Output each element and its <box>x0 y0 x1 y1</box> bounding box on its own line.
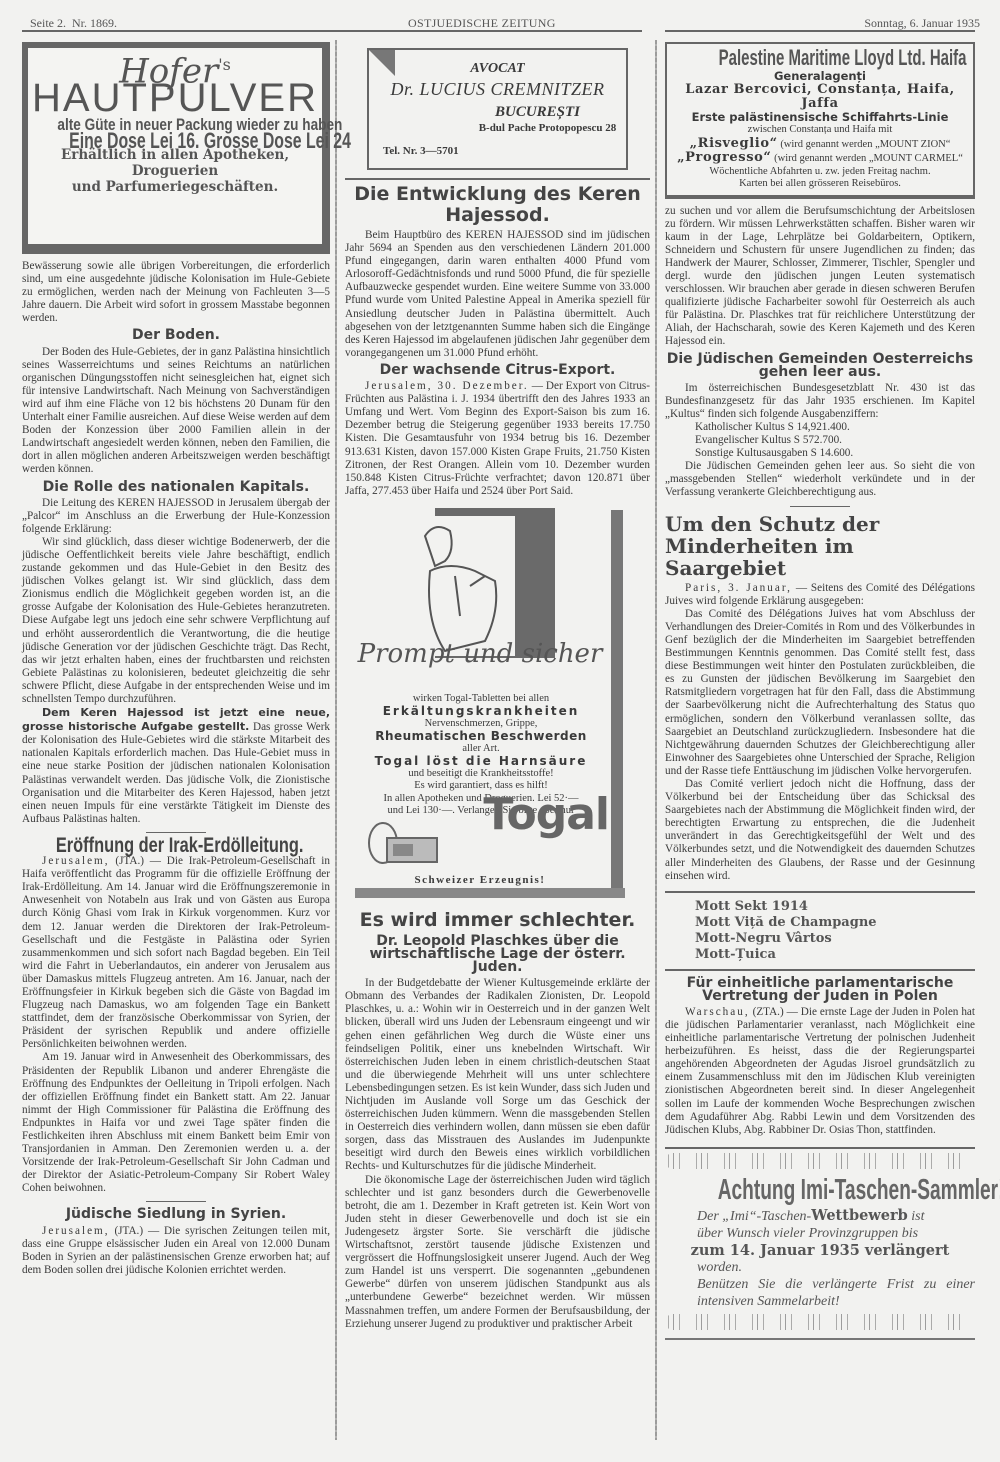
ad-line: worden. <box>665 1259 975 1276</box>
column-3: Palestine Maritime Lloyd Ltd. Haifa Gene… <box>665 42 975 1340</box>
ad-line: Der „Imi“-Taschen-Wettbewerb ist <box>665 1207 975 1225</box>
article-text: Der Boden des Hule-Gebietes, der in ganz… <box>22 346 330 477</box>
ad-availability: und Parfumeriegeschäften. <box>28 179 322 195</box>
divider <box>790 506 850 507</box>
ornament-border-icon <box>665 1153 975 1169</box>
page-number: Seite 2. Nr. 1869. <box>30 16 117 31</box>
ad-line: Karten bei allen grösseren Reisebüros. <box>671 178 969 191</box>
masthead-rule <box>665 30 975 32</box>
ad-line: Mott-Țuica <box>695 947 975 963</box>
ad-title: AVOCAT <box>369 62 626 75</box>
masthead-rule <box>22 30 642 32</box>
article-text: Bewässerung sowie alle übrigen Vorbereit… <box>22 260 330 325</box>
article-text: Die Jüdischen Gemeinden gehen leer aus. … <box>665 460 975 499</box>
article-heading: Die Entwicklung des Keren Hajessod. <box>345 184 650 226</box>
budget-item: Sonstige Kultusausgaben S 14.600. <box>665 447 975 460</box>
togal-logo: Togal <box>483 808 609 821</box>
divider <box>665 1147 975 1149</box>
ad-address: B-dul Pache Protopopescu 28 <box>369 122 626 135</box>
ad-phone: Tel. Nr. 3—5701 <box>383 145 459 158</box>
corner-decoration <box>369 50 395 76</box>
ad-product: HAUTPULVER <box>28 78 322 118</box>
article-heading: Der Boden. <box>22 329 330 342</box>
article-text: In der Budgetdebatte der Wiener Kultusge… <box>345 977 650 1173</box>
article-text: Die ökonomische Lage der österreichische… <box>345 1174 650 1331</box>
article-heading: Eröffnung der Irak-Erdölleitung. <box>56 839 296 852</box>
article-text: Das Comité des Délégations Juives hat vo… <box>665 608 975 778</box>
article-heading: Es wird immer schlechter. <box>345 910 650 931</box>
article-text: Das Comité verliert jedoch nicht die Hof… <box>665 778 975 883</box>
ad-avocat: AVOCAT Dr. LUCIUS CREMNITZER BUCUREȘTI B… <box>367 48 628 170</box>
article-text: Im österreichischen Bundesgesetzblatt Nr… <box>665 382 975 421</box>
article-text: Paris, 3. Januar, — Seitens des Comité d… <box>665 582 975 608</box>
column-divider <box>655 40 657 1440</box>
article-text: Beim Hauptbüro des KEREN HAJESSOD sind i… <box>345 229 650 360</box>
ad-mott: Mott Sekt 1914 Mott Viță de Champagne Mo… <box>665 891 975 971</box>
hofer-logo: Hofer's <box>28 58 322 78</box>
article-heading: Für einheitliche parlamentarische Vertre… <box>665 977 975 1003</box>
issue-date: Sonntag, 6. Januar 1935 <box>864 16 980 31</box>
ad-line: zum 14. Januar 1935 verlängert <box>665 1242 975 1259</box>
ad-line: Mott Sekt 1914 <box>695 899 975 915</box>
ad-line: über Wunsch vieler Provinzgruppen bis <box>665 1225 975 1242</box>
article-text: Am 19. Januar wird in Anwesenheit des Ob… <box>22 1051 330 1195</box>
ad-title: Achtung Imi-Taschen-Sammler! <box>718 1173 923 1207</box>
ad-title: Palestine Maritime Lloyd Ltd. Haifa <box>719 46 922 70</box>
ad-line: Mott Viță de Champagne <box>695 915 975 931</box>
masthead: Seite 2. Nr. 1869. OSTJUEDISCHE ZEITUNG … <box>30 12 980 32</box>
ad-footer: Schweizer Erzeugnis! <box>355 874 605 887</box>
divider <box>146 1201 206 1202</box>
ad-line: „Risveglio“ (wird genannt werden „MOUNT … <box>671 137 969 152</box>
togal-package-icon <box>363 818 443 868</box>
divider <box>146 832 206 833</box>
ad-frame <box>611 510 623 895</box>
ad-line: Erste palästinensische Schiffahrts-Linie <box>671 111 969 124</box>
ad-line: Lazar Bercovici, Constanța, Haifa, Jaffa <box>671 83 969 111</box>
article-heading: Der wachsende Citrus-Export. <box>345 364 650 377</box>
column-1: Hofer's HAUTPULVER alte Güte in neuer Pa… <box>22 42 330 1277</box>
divider <box>665 1338 975 1340</box>
ad-city: BUCUREȘTI <box>369 106 626 119</box>
article-text: zu suchen und vor allem die Berufsumschi… <box>665 205 975 349</box>
article-text: Jerusalem, (JTA.) — Die syrischen Zeitun… <box>22 1225 330 1277</box>
ad-line: „Progresso“ (wird genannt werden „MOUNT … <box>671 151 969 166</box>
budget-item: Katholischer Kultus S 14,921.400. <box>665 421 975 434</box>
ad-palestine-maritime-lloyd: Palestine Maritime Lloyd Ltd. Haifa Gene… <box>665 42 975 199</box>
ad-line: Wöchentliche Abfahrten u. zw. jeden Frei… <box>671 166 969 179</box>
ad-imi-taschen: Achtung Imi-Taschen-Sammler! Der „Imi“-T… <box>665 1147 975 1340</box>
article-text: Dem Keren Hajessod ist jetzt eine neue, … <box>22 706 330 826</box>
article-text: Jerusalem, (JTA.) — Die Irak-Petroleum-G… <box>22 855 330 1051</box>
ad-frame <box>355 888 625 898</box>
article-heading: Die Rolle des nationalen Kapitals. <box>22 481 330 494</box>
article-subheading: Dr. Leopold Plaschkes über die wirtschaf… <box>345 935 650 974</box>
article-text: Warschau, (ZTA.) — Die ernste Lage der J… <box>665 1006 975 1137</box>
article-text: Wir sind glücklich, dass dieser wichtige… <box>22 536 330 706</box>
ad-hofer-hautpulver: Hofer's HAUTPULVER alte Güte in neuer Pa… <box>22 42 330 254</box>
ad-togal: Prompt und sicher wirken Togal-Tabletten… <box>355 508 617 896</box>
budget-item: Evangelischer Kultus S 572.700. <box>665 434 975 447</box>
article-heading: Die Jüdischen Gemeinden Oesterreichs geh… <box>665 353 975 379</box>
article-heading: Um den Schutz der Minderheiten im Saarge… <box>665 513 975 579</box>
article-text: Jerusalem, 30. Dezember. — Der Export vo… <box>345 380 650 498</box>
ad-line: Mott-Negru Vârtos <box>695 931 975 947</box>
column-divider <box>335 40 337 1440</box>
ad-prices: Eine Dose Lei 16. Grosse Dose Lei 24 <box>69 134 281 147</box>
ad-name: Dr. LUCIUS CREMNITZER <box>369 83 626 96</box>
divider <box>345 178 650 180</box>
ad-line: Benützen Sie die verlängerte Frist zu ei… <box>665 1276 975 1310</box>
newspaper-title: OSTJUEDISCHE ZEITUNG <box>408 16 556 31</box>
article-text: Die Leitung des KEREN HAJESSOD in Jerusa… <box>22 497 330 536</box>
ornament-border-icon <box>665 1314 975 1330</box>
illustration-man-icon <box>435 508 555 658</box>
ad-headline: Prompt und sicher <box>355 648 605 661</box>
article-heading: Jüdische Siedlung in Syrien. <box>22 1208 330 1221</box>
column-2: AVOCAT Dr. LUCIUS CREMNITZER BUCUREȘTI B… <box>345 42 650 1331</box>
